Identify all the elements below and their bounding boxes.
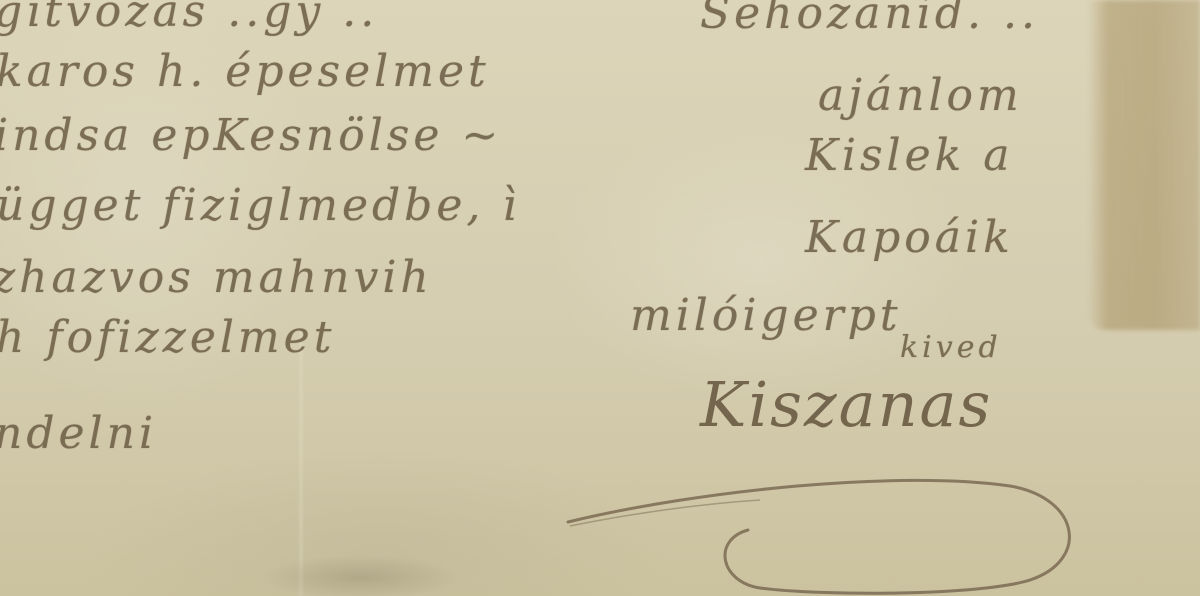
manuscript-page: gítvozás ..gy .. Sehozanid. .. karos h. …	[0, 0, 1200, 596]
signature-flourish	[0, 0, 1200, 596]
